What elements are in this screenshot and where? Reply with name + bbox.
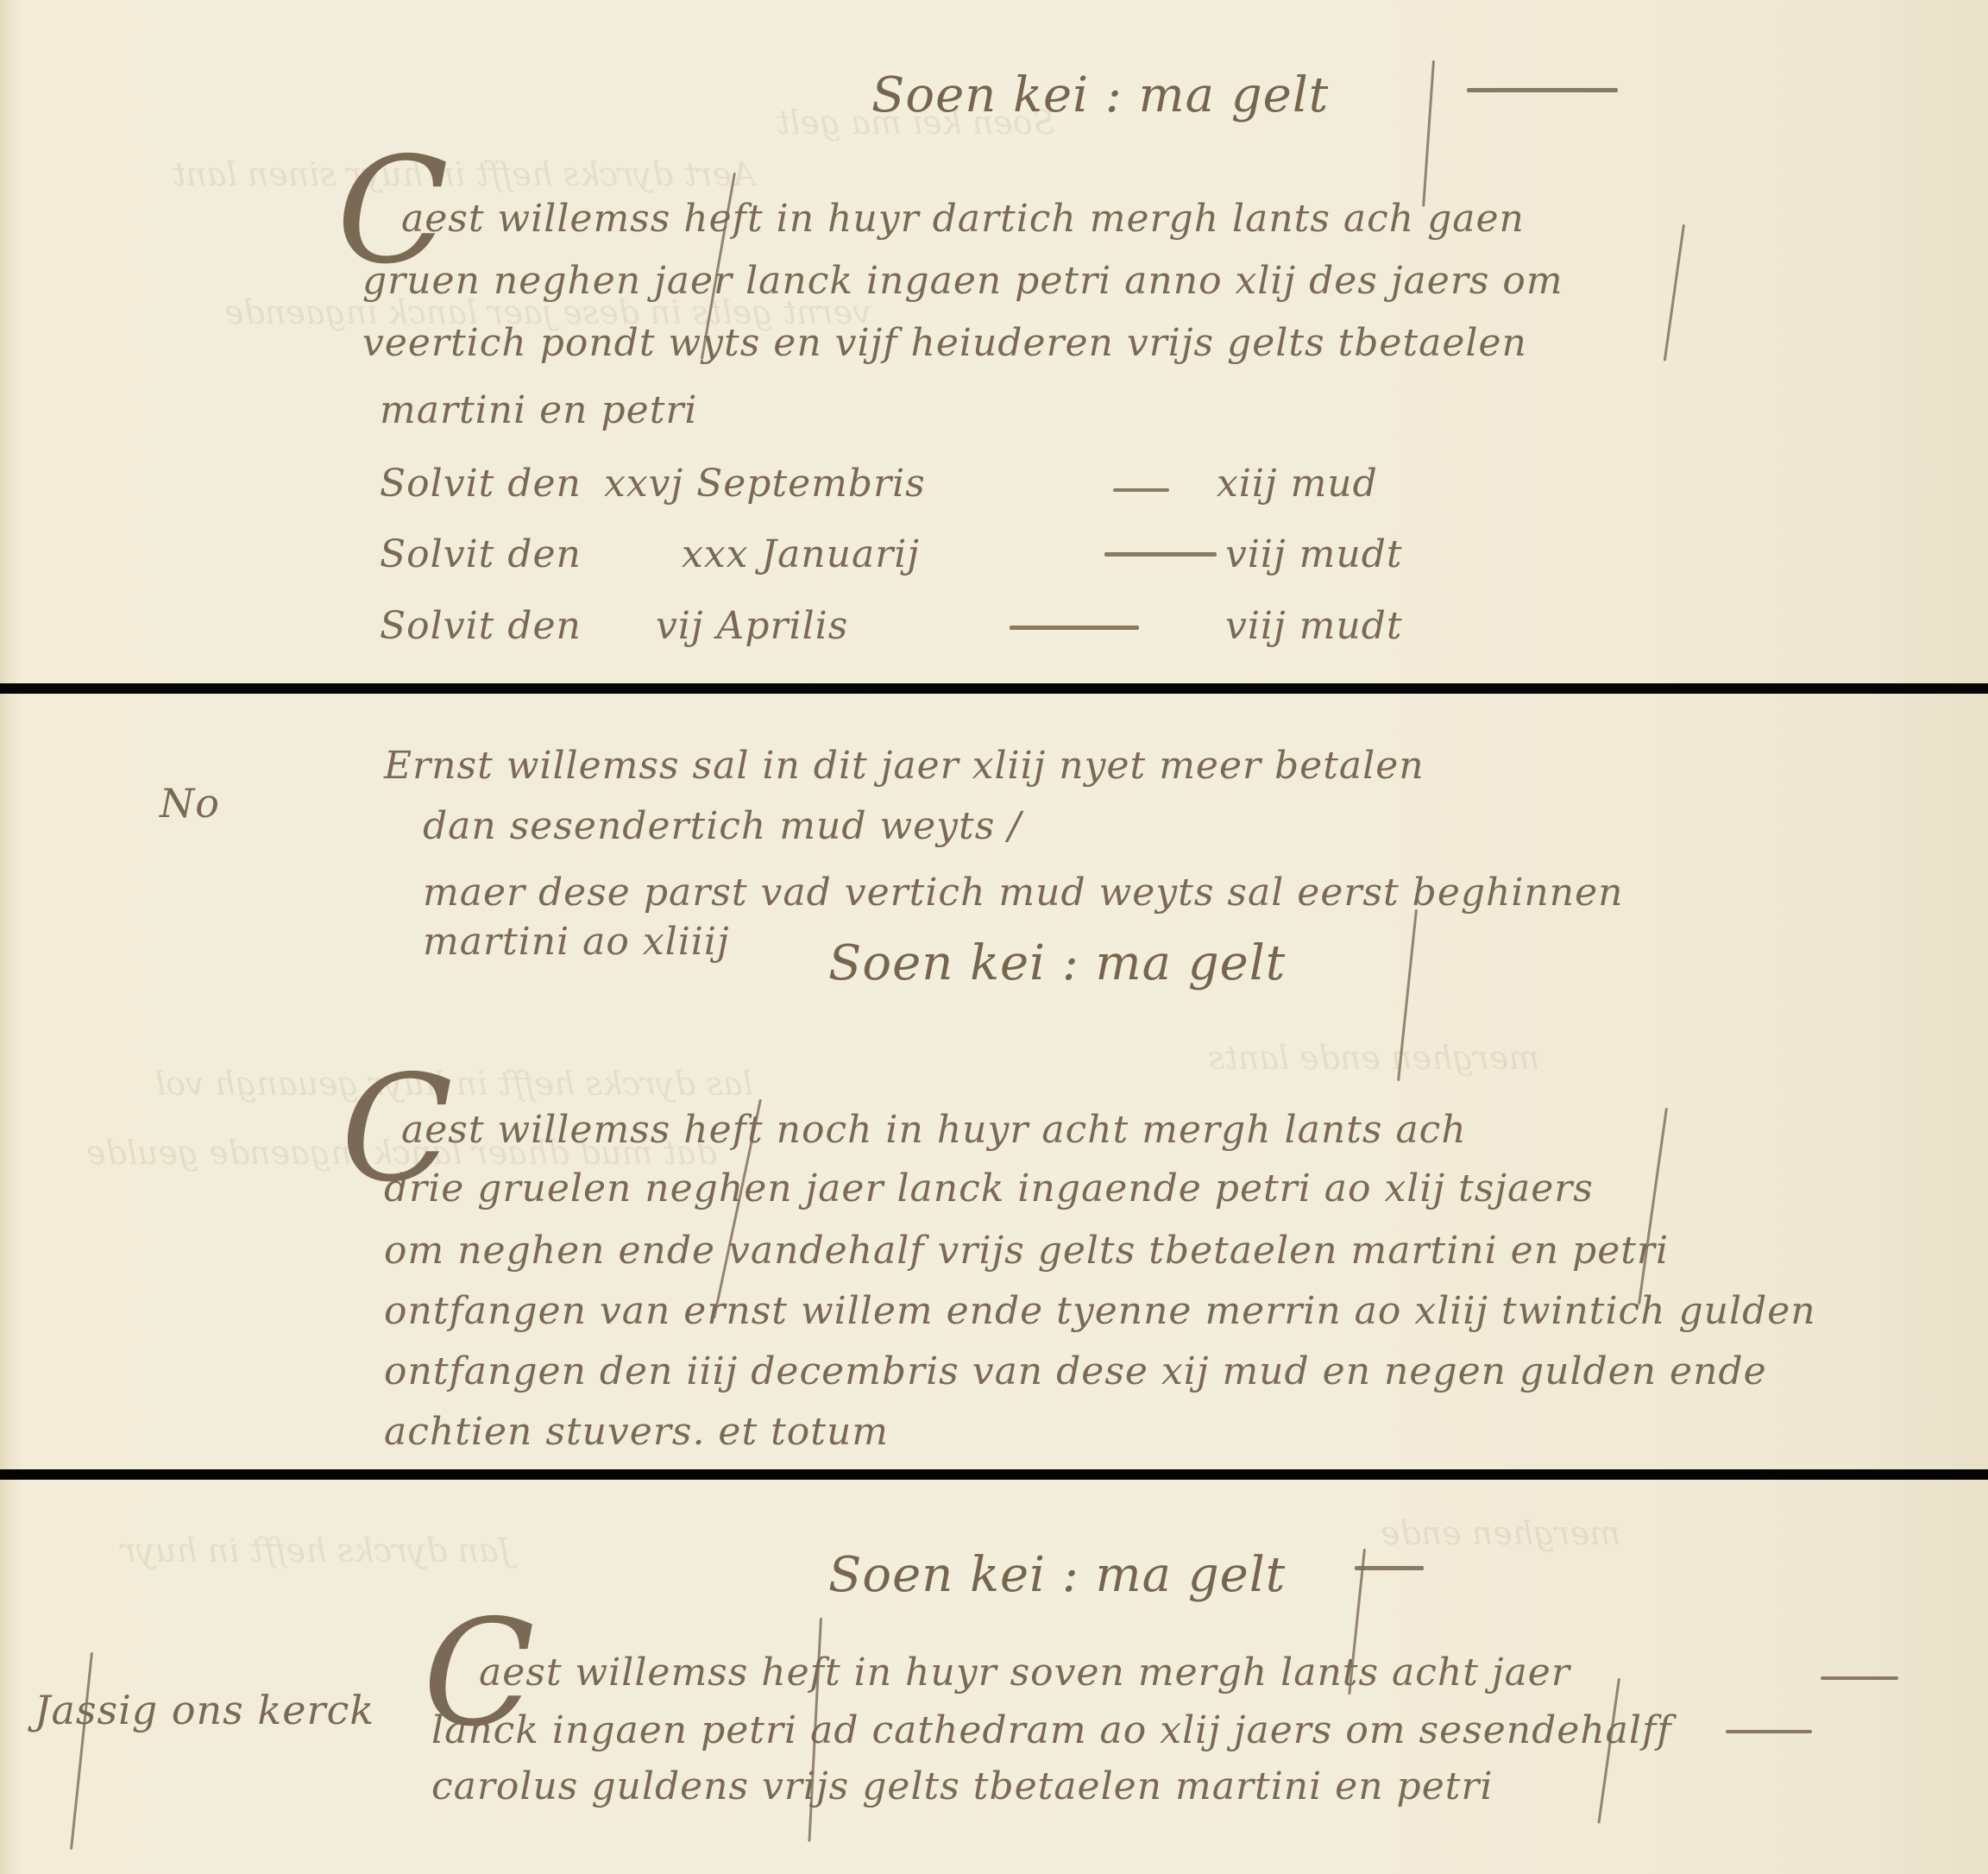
paragraph-line: martini en petri xyxy=(380,388,698,432)
paragraph-line: om neghen ende vandehalf vrijs gelts tbe… xyxy=(384,1229,1669,1273)
ledger-entry-panel-3: Jan dyrcks hefft in huyr merghen ende So… xyxy=(0,1480,1988,1874)
panel-separator xyxy=(0,683,1988,694)
margin-note: No xyxy=(160,780,220,827)
paragraph-line: aest willemss heft noch in huyr acht mer… xyxy=(401,1108,1467,1152)
descender-stroke xyxy=(1664,224,1685,362)
note-line: maer dese parst vad vertich mud weyts sa… xyxy=(423,871,1623,915)
bleed-through-text: Aert dyrcks hefft in huyr sinen lant xyxy=(173,155,756,193)
paragraph-line: carolus guldens vrijs gelts tbetaelen ma… xyxy=(431,1764,1494,1808)
paragraph-line: lanck ingaen petri ad cathedram ao xlij … xyxy=(431,1708,1672,1752)
manuscript-page: Aert dyrcks hefft in huyr sinen lant ver… xyxy=(0,0,1988,1874)
paragraph-line: veertich pondt wyts en vijf heiuderen vr… xyxy=(362,321,1527,365)
line-flourish xyxy=(1821,1676,1898,1680)
payment-label: Solvit den xyxy=(380,532,582,576)
payment-label: Solvit den xyxy=(380,604,582,648)
descender-stroke xyxy=(1422,60,1435,207)
line-flourish xyxy=(1726,1730,1812,1733)
descender-stroke xyxy=(70,1652,93,1850)
bleed-through-text: Jan dyrcks hefft in huyr xyxy=(121,1531,512,1569)
entry-heading: Soen kei : ma gelt xyxy=(828,1547,1286,1603)
bleed-through-text: las dyrcks hefft in huyr geuangh vol xyxy=(155,1065,753,1103)
bleed-through-text: merghen ende lants xyxy=(1208,1039,1539,1077)
descender-stroke xyxy=(1638,1108,1668,1305)
ledger-entry-panel-2: las dyrcks hefft in huyr geuangh vol dat… xyxy=(0,694,1988,1469)
paragraph-line: gruen neghen jaer lanck ingaen petri ann… xyxy=(362,259,1563,303)
heading-flourish xyxy=(1467,88,1618,92)
ledger-dash xyxy=(1010,626,1139,630)
ledger-dash xyxy=(1113,488,1169,492)
entry-heading: Soen kei : ma gelt xyxy=(828,935,1286,991)
bleed-through-text: merghen ende xyxy=(1381,1514,1620,1552)
ledger-dash xyxy=(1104,552,1217,557)
note-line: dan sesendertich mud weyts / xyxy=(423,804,1022,848)
paragraph-line: ontfangen van ernst willem ende tyenne m… xyxy=(384,1289,1816,1333)
paragraph-line: aest willemss heft in huyr dartich mergh… xyxy=(401,197,1525,241)
payment-date: vij Aprilis xyxy=(656,604,848,648)
paragraph-line: aest willemss heft in huyr soven mergh l… xyxy=(479,1651,1570,1695)
panel-separator xyxy=(0,1469,1988,1480)
payment-amount: viij mudt xyxy=(1225,604,1403,648)
paragraph-line: ontfangen den iiij decembris van dese xi… xyxy=(384,1349,1767,1393)
payment-date: xxvj Septembris xyxy=(604,462,926,506)
descender-stroke xyxy=(1397,909,1418,1081)
ledger-entry-panel-1: Aert dyrcks hefft in huyr sinen lant ver… xyxy=(0,0,1988,683)
payment-amount: xiij mud xyxy=(1217,462,1378,506)
payment-amount: viij mudt xyxy=(1225,532,1403,576)
entry-heading: Soen kei : ma gelt xyxy=(871,67,1329,123)
heading-flourish xyxy=(1355,1566,1424,1570)
paragraph-line: drie gruelen neghen jaer lanck ingaende … xyxy=(384,1167,1594,1211)
payment-date: xxx Januarij xyxy=(682,532,920,576)
note-line: Ernst willemss sal in dit jaer xliij nye… xyxy=(384,744,1425,788)
note-line: martini ao xliiij xyxy=(423,920,730,964)
paragraph-line: achtien stuvers. et totum xyxy=(384,1410,889,1454)
payment-label: Solvit den xyxy=(380,462,582,506)
